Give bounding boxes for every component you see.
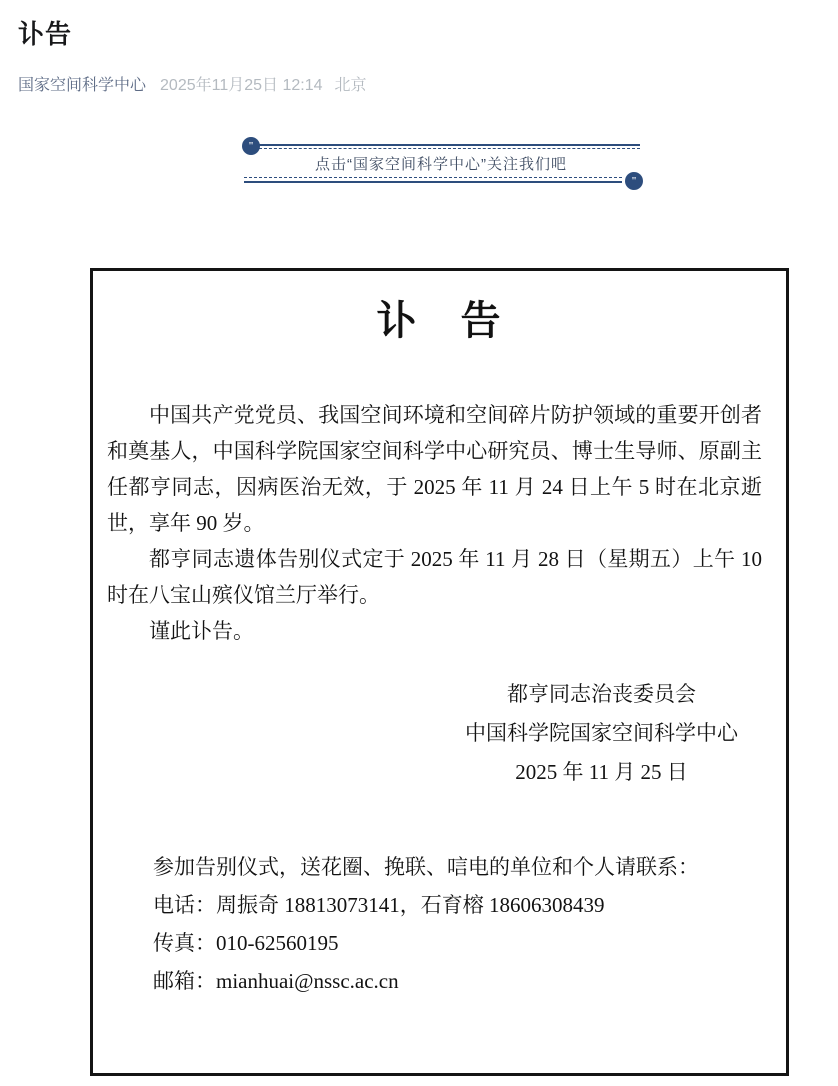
notice-title: 讣 告 bbox=[93, 297, 786, 345]
quote-circle-icon: " bbox=[625, 172, 643, 190]
signature-organization: 中国科学院国家空间科学中心 bbox=[465, 714, 738, 753]
notice-body: 中国共产党党员、我国空间环境和空间碎片防护领域的重要开创者和奠基人，中国科学院国… bbox=[107, 397, 762, 649]
contact-phone: 电话：周振奇 18813073141，石育榕 18606308439 bbox=[153, 886, 766, 924]
follow-banner[interactable]: " 点击“国家空间科学中心”关注我们吧 " bbox=[242, 137, 640, 193]
obituary-notice-box: 讣 告 中国共产党党员、我国空间环境和空间碎片防护领域的重要开创者和奠基人，中国… bbox=[90, 268, 789, 1076]
article-page: 讣告 国家空间科学中心 2025年11月25日 12:14 北京 " 点击“国家… bbox=[0, 0, 838, 1086]
notice-paragraph: 中国共产党党员、我国空间环境和空间碎片防护领域的重要开创者和奠基人，中国科学院国… bbox=[107, 397, 762, 541]
byline: 国家空间科学中心 2025年11月25日 12:14 北京 bbox=[18, 72, 367, 95]
contact-email: 邮箱：mianhuai@nssc.ac.cn bbox=[153, 962, 766, 1000]
contact-block: 参加告别仪式，送花圈、挽联、唁电的单位和个人请联系： 电话：周振奇 188130… bbox=[153, 848, 766, 1000]
article-title: 讣告 bbox=[18, 14, 72, 51]
banner-rule-bottom-solid bbox=[244, 181, 622, 183]
signature-committee: 都亨同志治丧委员会 bbox=[465, 675, 738, 714]
publish-location: 北京 bbox=[335, 72, 367, 95]
banner-rule-top-dashed bbox=[259, 148, 640, 149]
follow-banner-text: 点击“国家空间科学中心”关注我们吧 bbox=[242, 153, 640, 174]
contact-fax: 传真：010-62560195 bbox=[153, 924, 766, 962]
contact-intro: 参加告别仪式，送花圈、挽联、唁电的单位和个人请联系： bbox=[153, 848, 766, 886]
banner-rule-bottom-dashed bbox=[244, 177, 622, 178]
account-name-link[interactable]: 国家空间科学中心 bbox=[18, 72, 146, 95]
notice-paragraph: 都亨同志遗体告别仪式定于 2025 年 11 月 28 日（星期五）上午 10 … bbox=[107, 541, 762, 613]
signature-date: 2025 年 11 月 25 日 bbox=[465, 753, 738, 792]
signature-block: 都亨同志治丧委员会 中国科学院国家空间科学中心 2025 年 11 月 25 日 bbox=[465, 675, 738, 792]
banner-rule-top-solid bbox=[259, 144, 640, 146]
publish-date: 2025年11月25日 12:14 bbox=[160, 72, 323, 95]
notice-paragraph: 谨此讣告。 bbox=[107, 613, 762, 649]
